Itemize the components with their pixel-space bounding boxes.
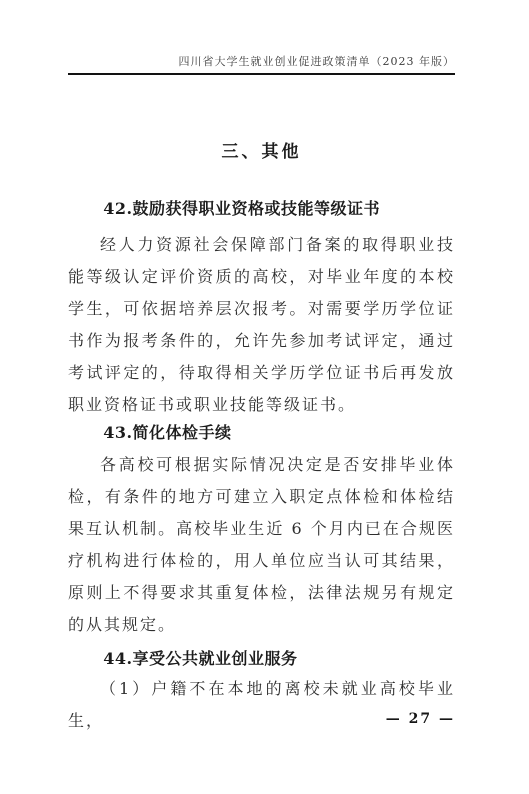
section-43-paragraph: 各高校可根据实际情况决定是否安排毕业体检，有条件的地方可建立入职定点体检和体检结…	[68, 449, 455, 641]
header-rule	[68, 73, 455, 75]
section-44-heading: 44.享受公共就业创业服务	[68, 649, 455, 669]
section-title: 三、其他	[68, 141, 455, 163]
section-42-paragraph: 经人力资源社会保障部门备案的取得职业技能等级认定评价资质的高校，对毕业年度的本校…	[68, 229, 455, 421]
section-42-heading: 42.鼓励获得职业资格或技能等级证书	[68, 199, 455, 219]
running-header-title: 四川省大学生就业创业促进政策清单（2023 年版）	[68, 0, 455, 73]
page-number: — 27 —	[386, 710, 455, 728]
document-page: 四川省大学生就业创业促进政策清单（2023 年版） 三、其他 42.鼓励获得职业…	[0, 0, 529, 794]
section-43-heading: 43.简化体检手续	[68, 423, 455, 443]
section-43: 43.简化体检手续 各高校可根据实际情况决定是否安排毕业体检，有条件的地方可建立…	[68, 423, 455, 641]
section-42: 42.鼓励获得职业资格或技能等级证书 经人力资源社会保障部门备案的取得职业技能等…	[68, 199, 455, 421]
